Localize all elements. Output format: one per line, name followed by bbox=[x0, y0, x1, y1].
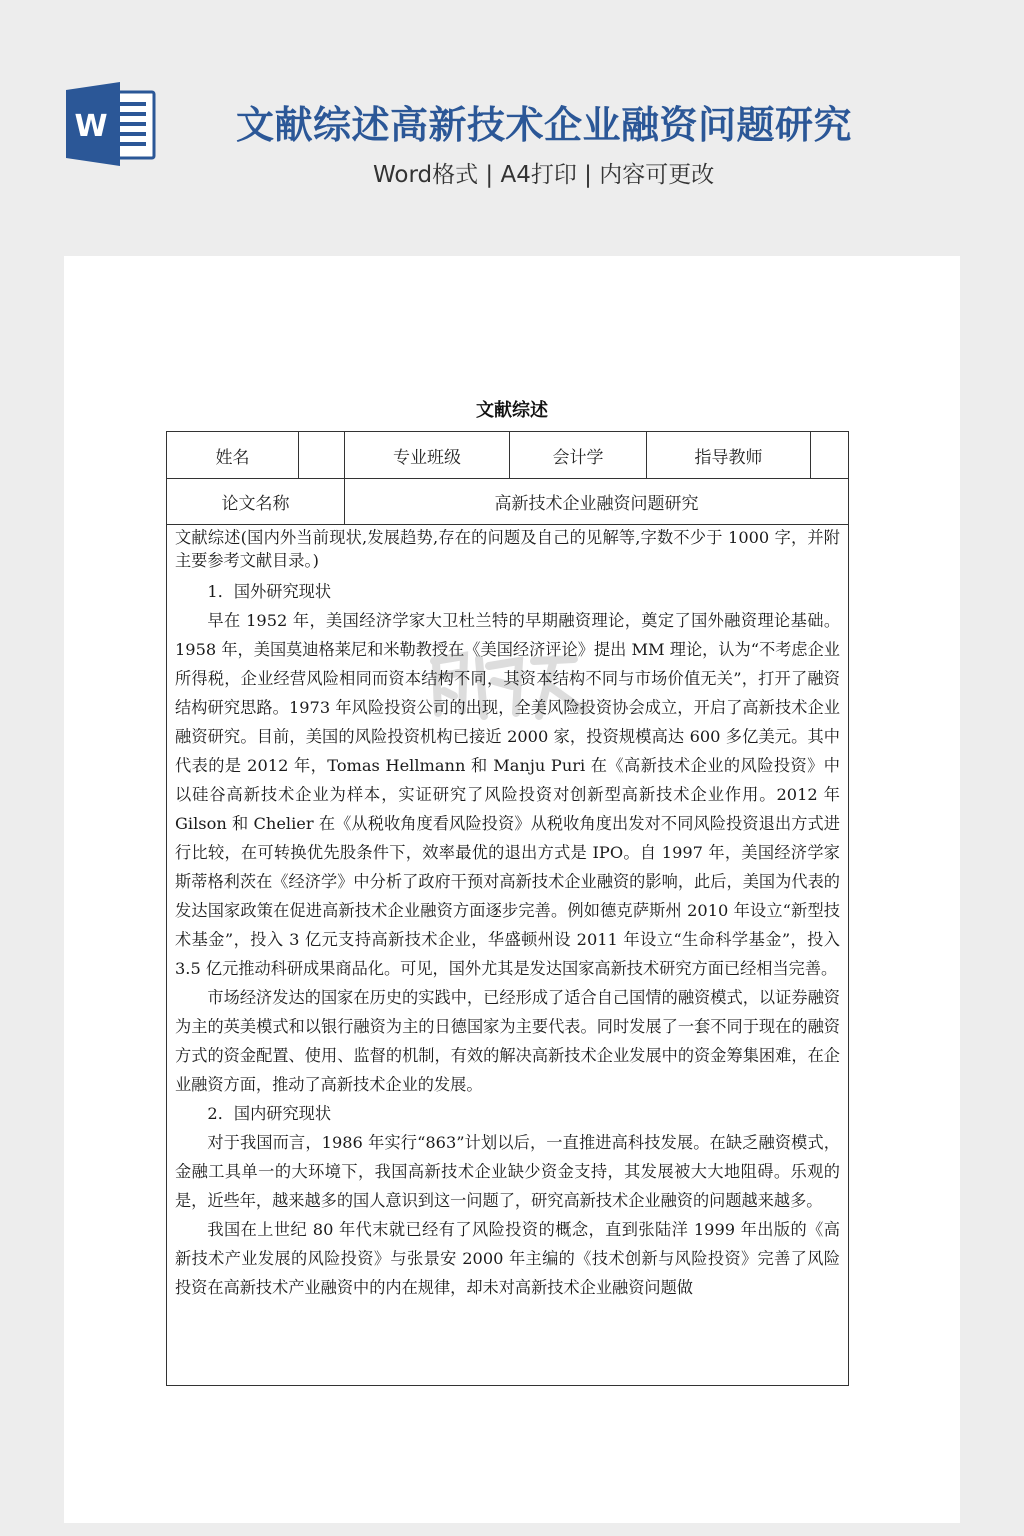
banner-subtitle: Word格式 | A4打印 | 内容可更改 bbox=[373, 156, 714, 189]
banner-title: 文献综述高新技术企业融资问题研究 bbox=[236, 94, 896, 149]
major-value: 会计学 bbox=[510, 432, 647, 478]
section-heading-foreign: 1．国外研究现状 bbox=[175, 577, 840, 606]
word-icon: W bbox=[66, 82, 156, 166]
info-row: 姓名 专业班级 会计学 指导教师 bbox=[167, 432, 848, 479]
name-value bbox=[299, 432, 345, 478]
banner: W 文献综述高新技术企业融资问题研究 Word格式 | A4打印 | 内容可更改 bbox=[0, 0, 1024, 256]
paragraph: 对于我国而言，1986 年实行“863”计划以后，一直推进高科技发展。在缺乏融资… bbox=[175, 1128, 840, 1215]
advisor-value bbox=[811, 432, 848, 478]
advisor-label: 指导教师 bbox=[647, 432, 811, 478]
thesis-label: 论文名称 bbox=[167, 479, 345, 524]
paragraph: 早在 1952 年，美国经济学家大卫杜兰特的早期融资理论，奠定了国外融资理论基础… bbox=[175, 606, 840, 983]
svg-text:W: W bbox=[74, 109, 107, 144]
major-label: 专业班级 bbox=[345, 432, 510, 478]
review-body: 文献综述(国内外当前现状,发展趋势,存在的问题及自己的见解等,字数不少于 100… bbox=[167, 525, 848, 1387]
thesis-value: 高新技术企业融资问题研究 bbox=[345, 479, 848, 524]
literature-review-table: 姓名 专业班级 会计学 指导教师 论文名称 高新技术企业融资问题研究 文献综述(… bbox=[166, 431, 849, 1386]
thesis-row: 论文名称 高新技术企业融资问题研究 bbox=[167, 479, 848, 525]
name-label: 姓名 bbox=[167, 432, 299, 478]
paragraph: 我国在上世纪 80 年代末就已经有了风险投资的概念，直到张陆洋 1999 年出版… bbox=[175, 1215, 840, 1302]
section-heading-domestic: 2．国内研究现状 bbox=[175, 1099, 840, 1128]
paragraph: 市场经济发达的国家在历史的实践中，已经形成了适合自己国情的融资模式，以证券融资为… bbox=[175, 983, 840, 1099]
instructions-text: 文献综述(国内外当前现状,发展趋势,存在的问题及自己的见解等,字数不少于 100… bbox=[175, 527, 840, 572]
document-page: 文献综述 姓名 专业班级 会计学 指导教师 论文名称 高新技术企业融资问题研究 … bbox=[64, 256, 960, 1523]
document-title: 文献综述 bbox=[64, 396, 960, 422]
